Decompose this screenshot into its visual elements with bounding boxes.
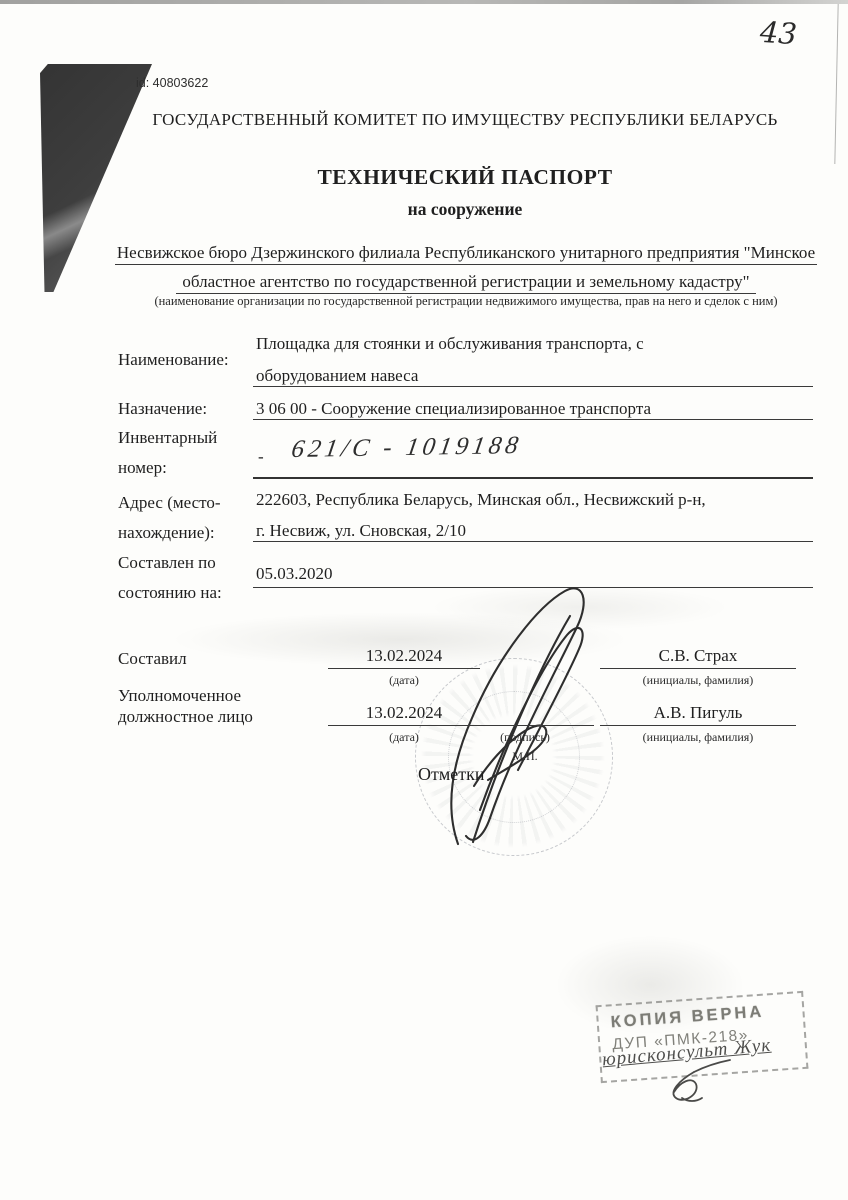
- field-asof-label-line2: состоянию на:: [118, 582, 222, 603]
- field-inventory-label-line1: Инвентарный: [118, 427, 217, 448]
- field-asof-label-line1: Составлен по: [118, 552, 216, 573]
- authorized-label-line1: Уполномоченное: [118, 685, 241, 706]
- document-subtitle: на сооружение: [110, 199, 820, 220]
- authorized-name-underline: [600, 725, 796, 726]
- field-inventory-handwritten-value: 621/С - 1019188: [289, 432, 524, 464]
- organization-name-line1: Несвижское бюро Дзержинского филиала Рес…: [115, 243, 817, 265]
- compiled-name-underline: [600, 668, 796, 669]
- authorized-signature-underline: [456, 725, 594, 726]
- organization-name-line2: областное агентство по государственной р…: [176, 272, 755, 294]
- field-name-value-line2: оборудованием навеса: [256, 365, 418, 386]
- field-inventory-underline: [253, 477, 813, 479]
- field-address-value-line1: 222603, Республика Беларусь, Минская обл…: [256, 489, 706, 510]
- scan-right-edge-artifact: [834, 4, 838, 164]
- compiled-date: 13.02.2024: [328, 645, 480, 666]
- scan-id-label: id: 40803622: [136, 76, 208, 90]
- field-name-value-line1: Площадка для стоянки и обслуживания тран…: [256, 333, 644, 354]
- authorized-seal-caption: М.П.: [456, 749, 594, 764]
- field-address-value-line2: г. Несвиж, ул. Сновская, 2/10: [256, 520, 466, 541]
- scanned-document-page: { "page": { "page_number": "43", "scan_i…: [0, 0, 848, 1200]
- handwritten-page-number: 43: [759, 15, 798, 51]
- marks-label: Отметки: [418, 763, 485, 786]
- field-address-underline: [253, 541, 813, 542]
- field-name-underline: [253, 386, 813, 387]
- field-inventory-label-line2: номер:: [118, 457, 167, 478]
- field-purpose-value: 3 06 00 - Сооружение специализированное …: [256, 398, 651, 419]
- authorized-signature-caption: (подпись): [456, 730, 594, 745]
- authorized-name: А.В. Пигуль: [600, 702, 796, 723]
- compiled-date-caption: (дата): [328, 673, 480, 688]
- authorized-date: 13.02.2024: [328, 702, 480, 723]
- authorized-name-caption: (инициалы, фамилия): [600, 730, 796, 745]
- committee-title: ГОСУДАРСТВЕННЫЙ КОМИТЕТ ПО ИМУЩЕСТВУ РЕС…: [110, 110, 820, 130]
- field-inventory-dash: -: [258, 446, 264, 467]
- compiled-name-caption: (инициалы, фамилия): [600, 673, 796, 688]
- field-address-label-line1: Адрес (место-: [118, 492, 221, 513]
- field-address-label-line2: нахождение):: [118, 522, 215, 543]
- compiled-name: С.В. Страх: [600, 645, 796, 666]
- scan-top-edge-artifact: [0, 0, 848, 4]
- organization-caption: (наименование организации по государстве…: [110, 294, 822, 309]
- field-asof-value: 05.03.2020: [256, 563, 333, 584]
- field-name-label: Наименование:: [118, 349, 229, 370]
- compiled-date-underline: [328, 668, 480, 669]
- field-purpose-underline: [253, 419, 813, 420]
- copy-stamp-signature: [636, 1058, 736, 1106]
- document-title: ТЕХНИЧЕСКИЙ ПАСПОРТ: [110, 165, 820, 190]
- authorized-label-line2: должностное лицо: [118, 706, 253, 727]
- field-purpose-label: Назначение:: [118, 398, 207, 419]
- compiled-label: Составил: [118, 648, 187, 669]
